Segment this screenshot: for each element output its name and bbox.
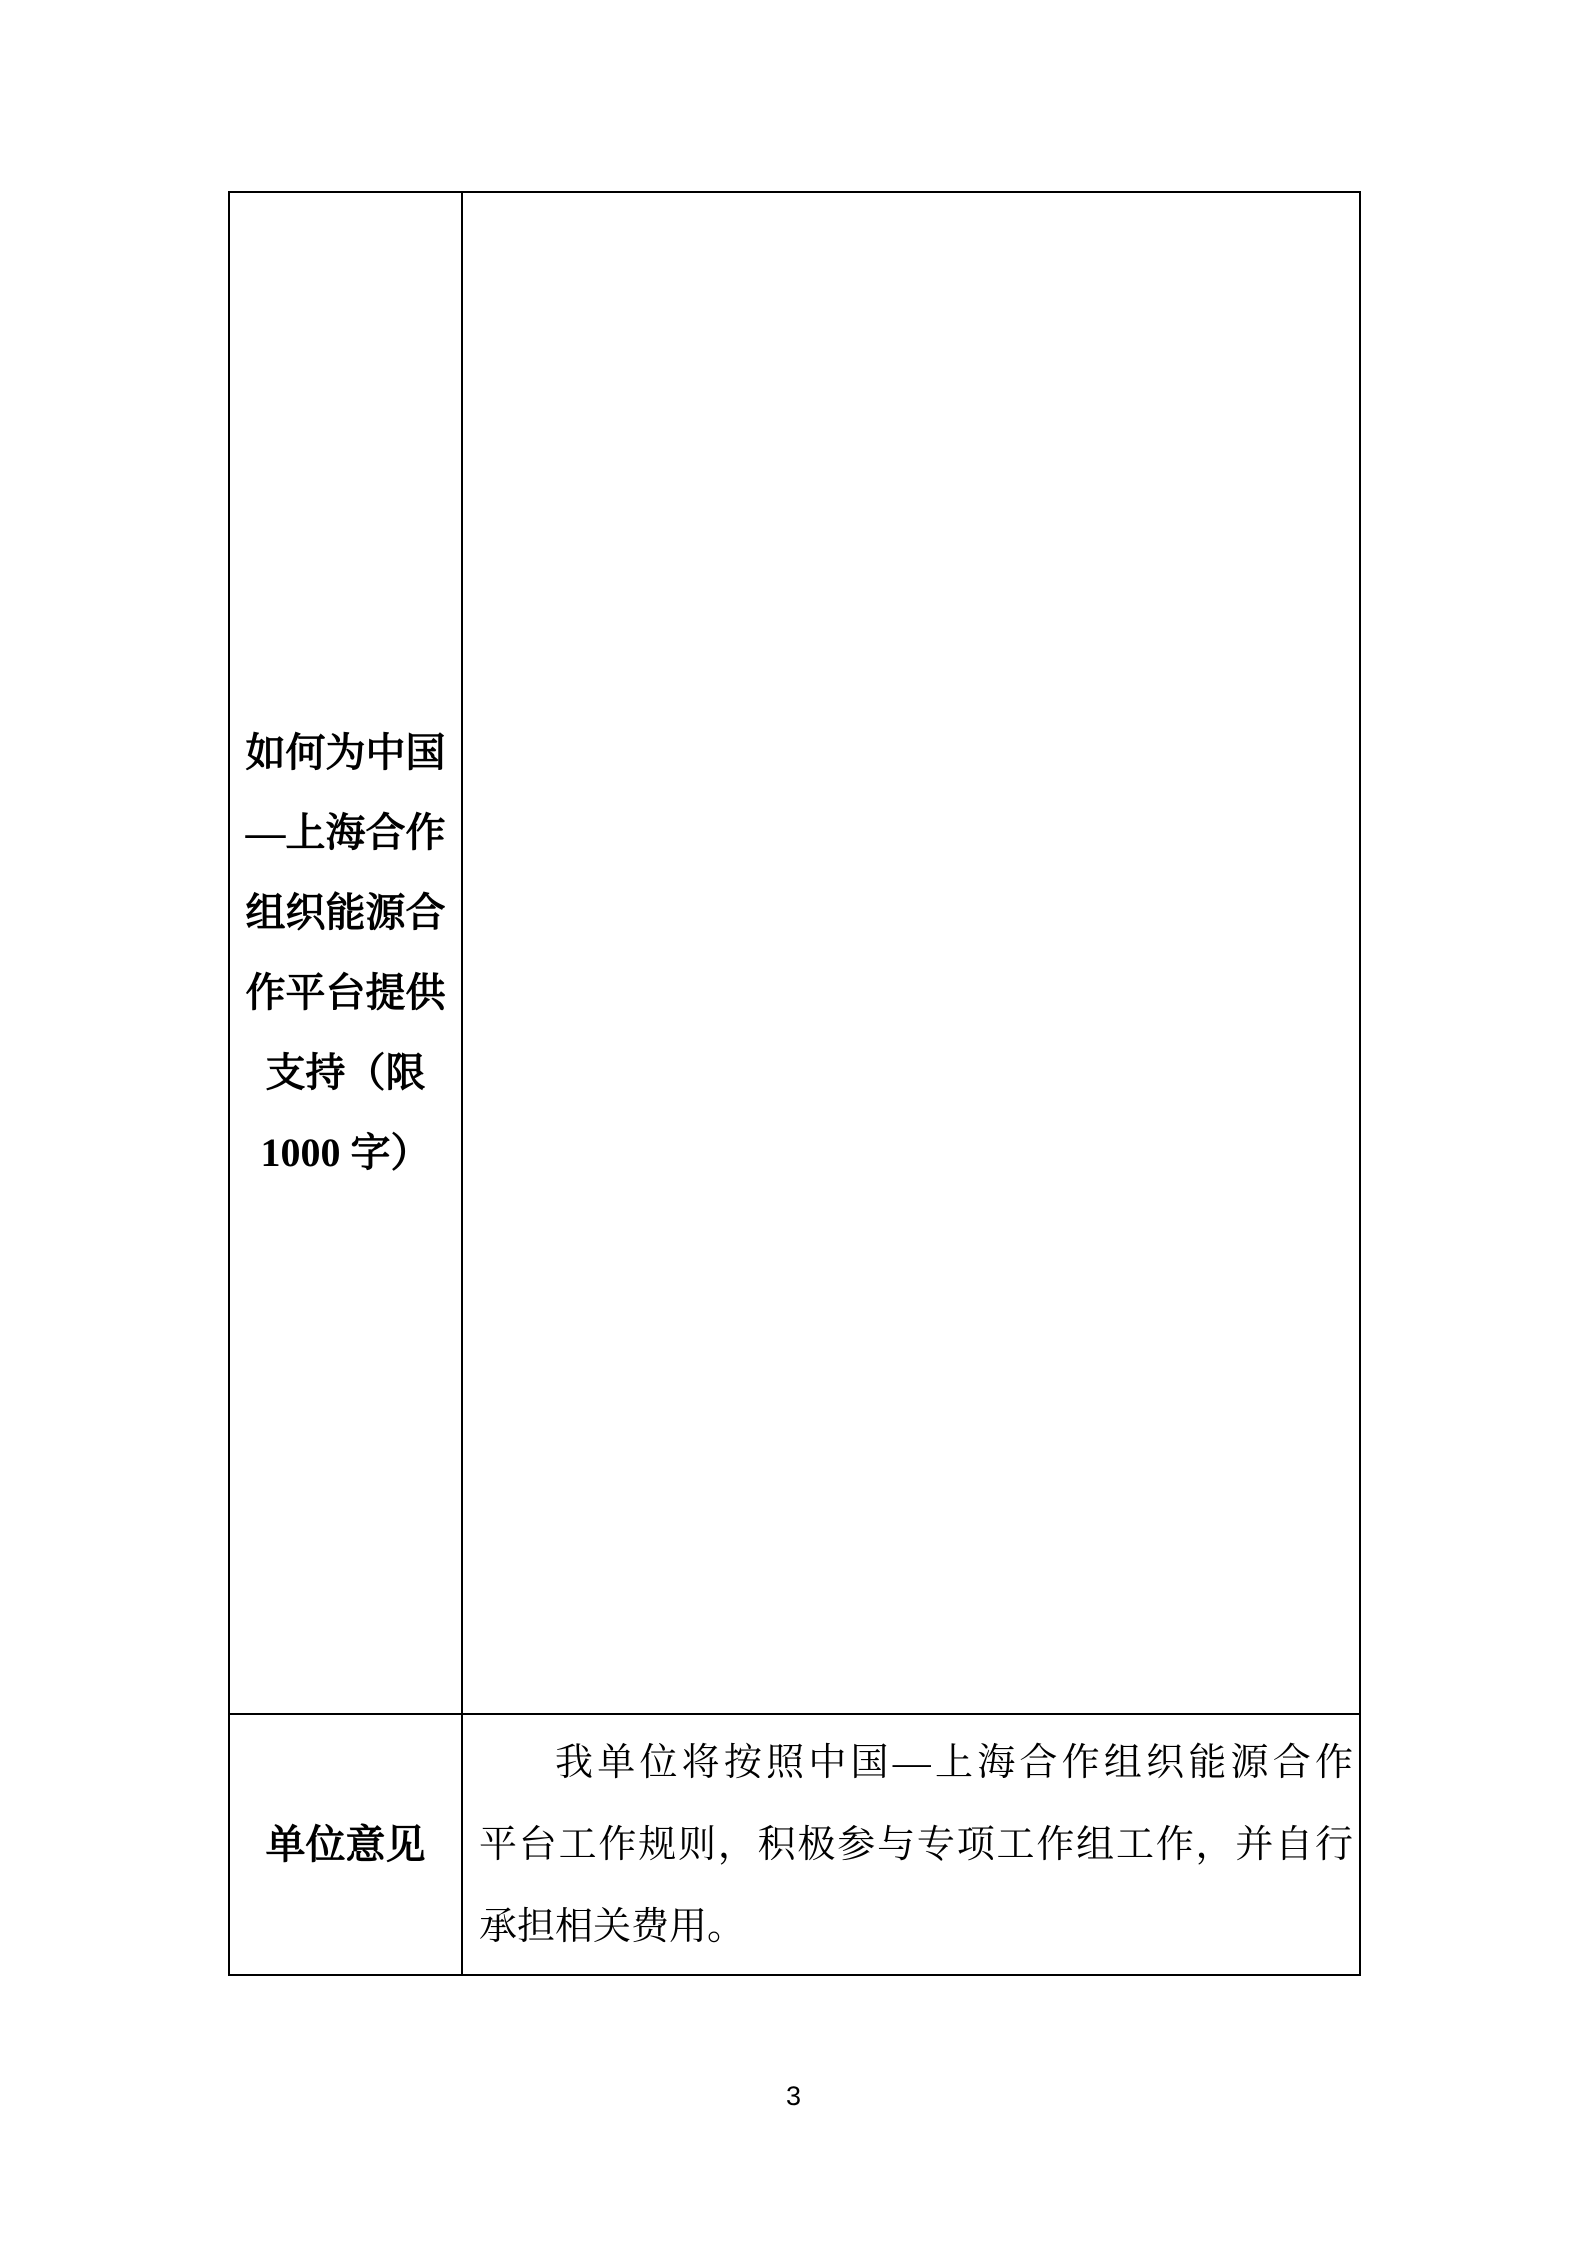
page-number: 3	[0, 2080, 1587, 2112]
support-label-line: 组织能源合	[246, 873, 446, 953]
opinion-value-cell: 我单位将按照中国—上海合作组织能源合作 平台工作规则，积极参与专项工作组工作，并…	[463, 1713, 1359, 1974]
support-label-line: —上海合作	[246, 793, 446, 873]
support-label-line: 1000 字）	[261, 1113, 431, 1193]
opinion-text-line: 平台工作规则，积极参与专项工作组工作，并自行	[479, 1804, 1353, 1886]
opinion-label: 单位意见	[266, 1805, 426, 1885]
support-label-line: 作平台提供	[246, 953, 446, 1033]
document-page: 如何为中国 —上海合作 组织能源合 作平台提供 支持（限 1000 字） 单位意…	[0, 0, 1587, 2245]
form-table: 如何为中国 —上海合作 组织能源合 作平台提供 支持（限 1000 字） 单位意…	[228, 191, 1361, 1976]
support-value-cell	[463, 193, 1359, 1713]
support-label-line: 如何为中国	[246, 713, 446, 793]
support-label-cell: 如何为中国 —上海合作 组织能源合 作平台提供 支持（限 1000 字）	[230, 193, 463, 1713]
support-label-line: 支持（限	[266, 1033, 426, 1113]
opinion-label-cell: 单位意见	[230, 1713, 463, 1974]
opinion-text-line: 我单位将按照中国—上海合作组织能源合作	[479, 1722, 1353, 1804]
opinion-text-line: 承担相关费用。	[479, 1886, 1353, 1968]
